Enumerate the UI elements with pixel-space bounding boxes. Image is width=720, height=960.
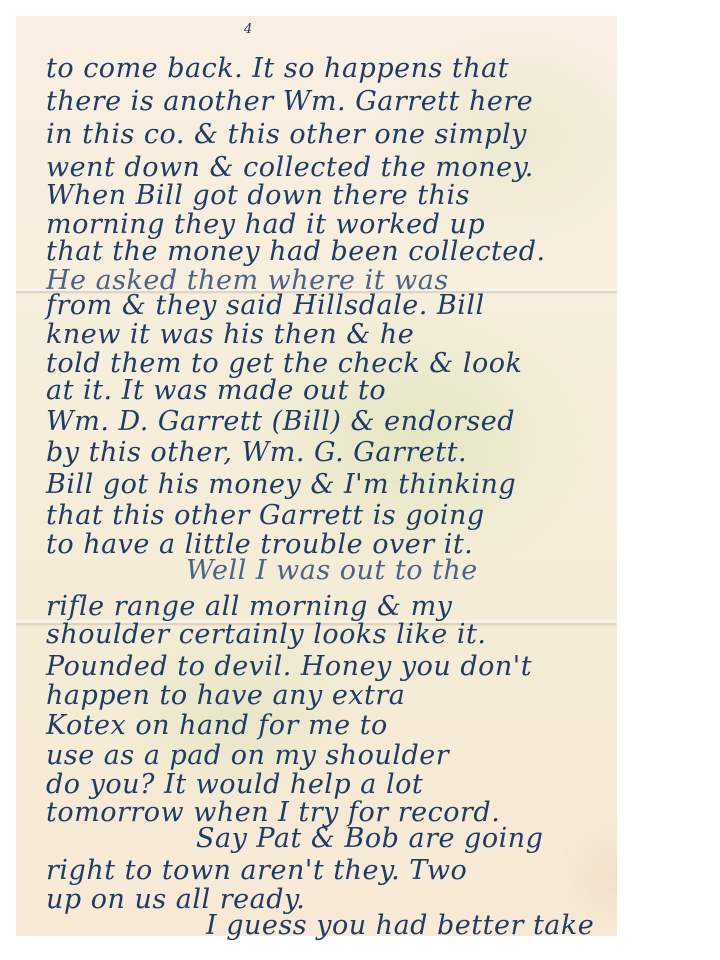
- text-line: Say Pat & Bob are going: [196, 822, 543, 856]
- text-line: in this co. & this other one simply: [46, 118, 527, 152]
- text-line: Bill got his money & I'm thinking: [46, 468, 516, 502]
- text-line: shoulder certainly looks like it.: [46, 618, 486, 652]
- text-line: Wm. D. Garrett (Bill) & endorsed: [46, 405, 515, 439]
- text-line: there is another Wm. Garrett here: [46, 85, 533, 119]
- letter-page: 4 to come back. It so happens that there…: [16, 16, 617, 936]
- text-line: to come back. It so happens that: [46, 52, 509, 86]
- text-line: by this other, Wm. G. Garrett.: [46, 436, 467, 470]
- text-line: happen to have any extra: [46, 679, 405, 713]
- text-line: I guess you had better take: [206, 909, 594, 943]
- text-line: Well I was out to the: [186, 554, 478, 588]
- text-line: Kotex on hand for me to: [46, 709, 388, 743]
- text-line: at it. It was made out to: [46, 374, 386, 408]
- page-number-mark: 4: [244, 22, 252, 37]
